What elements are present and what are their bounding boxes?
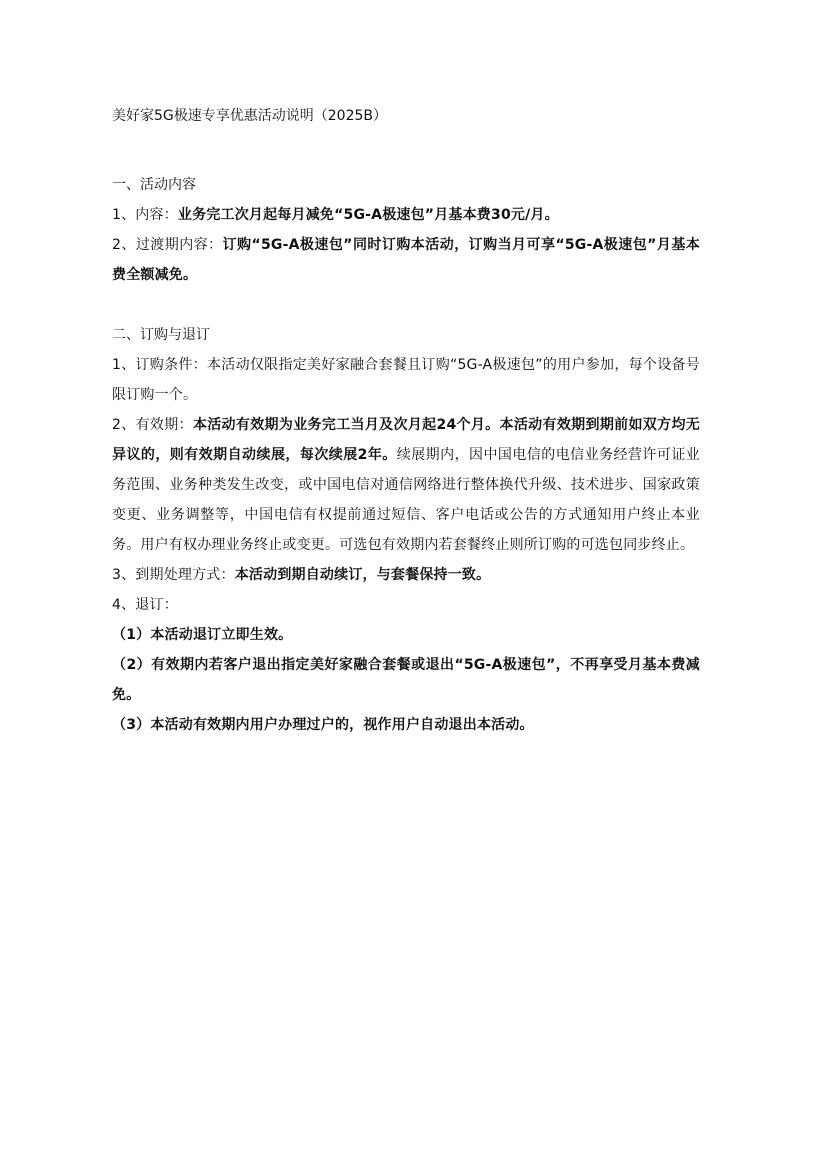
item-bold-text: 业务完工次月起每月减免“5G-A极速包”月基本费30元/月。 xyxy=(178,207,559,223)
sub-item-1: （1）本活动退订立即生效。 xyxy=(112,620,700,650)
document-page: 美好家5G极速专享优惠活动说明（2025B） 一、活动内容 1、内容：业务完工次… xyxy=(112,104,700,740)
item-label: 2、有效期： xyxy=(112,417,193,433)
sub-item-2: （2）有效期内若客户退出指定美好家融合套餐或退出“5G-A极速包”，不再享受月基… xyxy=(112,650,700,710)
document-title: 美好家5G极速专享优惠活动说明（2025B） xyxy=(112,104,700,128)
item-label: 4、退订： xyxy=(112,597,178,613)
item-label: 2、过渡期内容： xyxy=(112,237,223,253)
section-heading-subscribe-unsubscribe: 二、订购与退订 xyxy=(112,320,700,350)
item-expiry-handling: 3、到期处理方式：本活动到期自动续订，与套餐保持一致。 xyxy=(112,560,700,590)
item-label: 1、订购条件： xyxy=(112,357,207,373)
item-subscribe-conditions: 1、订购条件：本活动仅限指定美好家融合套餐且订购“5G-A极速包”的用户参加，每… xyxy=(112,350,700,410)
item-unsubscribe: 4、退订： xyxy=(112,590,700,620)
item-bold-text: 本活动到期自动续订，与套餐保持一致。 xyxy=(235,567,491,583)
section-spacer xyxy=(112,290,700,320)
item-label: 1、内容： xyxy=(112,207,178,223)
item-label: 3、到期处理方式： xyxy=(112,567,235,583)
sub-item-3: （3）本活动有效期内用户办理过户的，视作用户自动退出本活动。 xyxy=(112,710,700,740)
item-content: 1、内容：业务完工次月起每月减免“5G-A极速包”月基本费30元/月。 xyxy=(112,200,700,230)
section-heading-activity-content: 一、活动内容 xyxy=(112,170,700,200)
item-validity-period: 2、有效期：本活动有效期为业务完工当月及次月起24个月。本活动有效期到期前如双方… xyxy=(112,410,700,560)
item-transition-content: 2、过渡期内容：订购“5G-A极速包”同时订购本活动，订购当月可享“5G-A极速… xyxy=(112,230,700,290)
